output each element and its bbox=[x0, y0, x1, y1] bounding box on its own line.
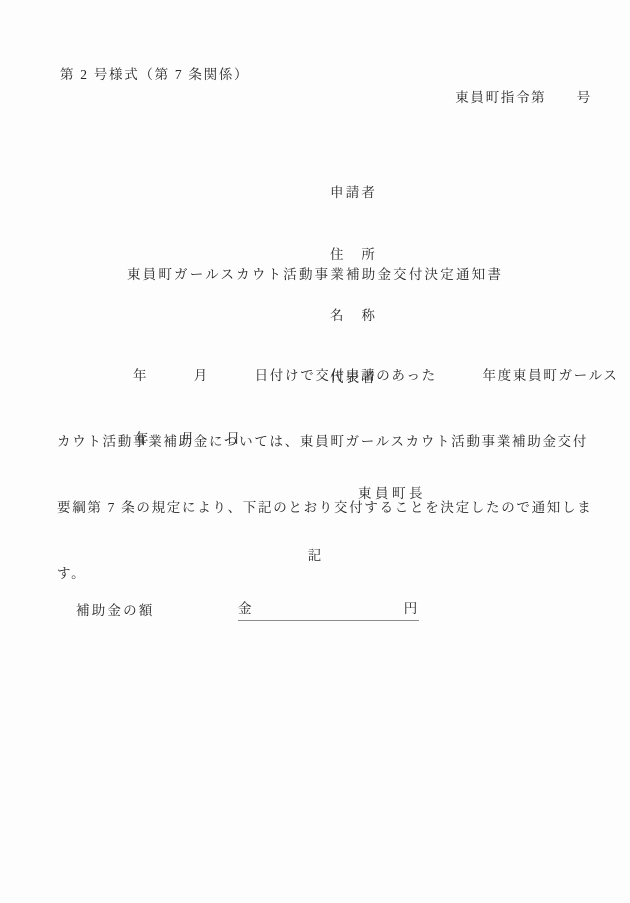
subsidy-amount-label: 補助金の額 bbox=[76, 599, 155, 619]
body-line-3: 要綱第 7 条の規定により、下記のとおり交付することを決定したので通知しま bbox=[57, 497, 597, 519]
date-line: 年 月 日 bbox=[135, 427, 241, 447]
note-heading: 記 bbox=[0, 544, 630, 564]
form-number: 第 2 号様式（第 7 条関係） bbox=[60, 63, 249, 83]
mayor-signature: 東員町長 bbox=[358, 482, 426, 502]
applicant-heading: 申請者 bbox=[330, 183, 377, 204]
body-line-1: 年 月 日付けで交付申請のあった 年度東員町ガールス bbox=[57, 365, 597, 387]
directive-number: 東員町指令第 号 bbox=[455, 86, 592, 106]
document-page: 第 2 号様式（第 7 条関係） 東員町指令第 号 申請者 住 所 名 称 代表… bbox=[0, 0, 630, 903]
body-line-4: す。 bbox=[57, 563, 597, 585]
amount-suffix: 円 bbox=[404, 597, 419, 617]
subsidy-amount-field: 金 円 bbox=[238, 597, 419, 621]
document-title: 東員町ガールスカウト活動事業補助金交付決定通知書 bbox=[0, 263, 630, 283]
body-paragraph: 年 月 日付けで交付申請のあった 年度東員町ガールス カウト活動事業補助金につい… bbox=[57, 321, 597, 629]
amount-prefix: 金 bbox=[238, 597, 253, 617]
applicant-address-label: 住 所 bbox=[330, 245, 377, 266]
